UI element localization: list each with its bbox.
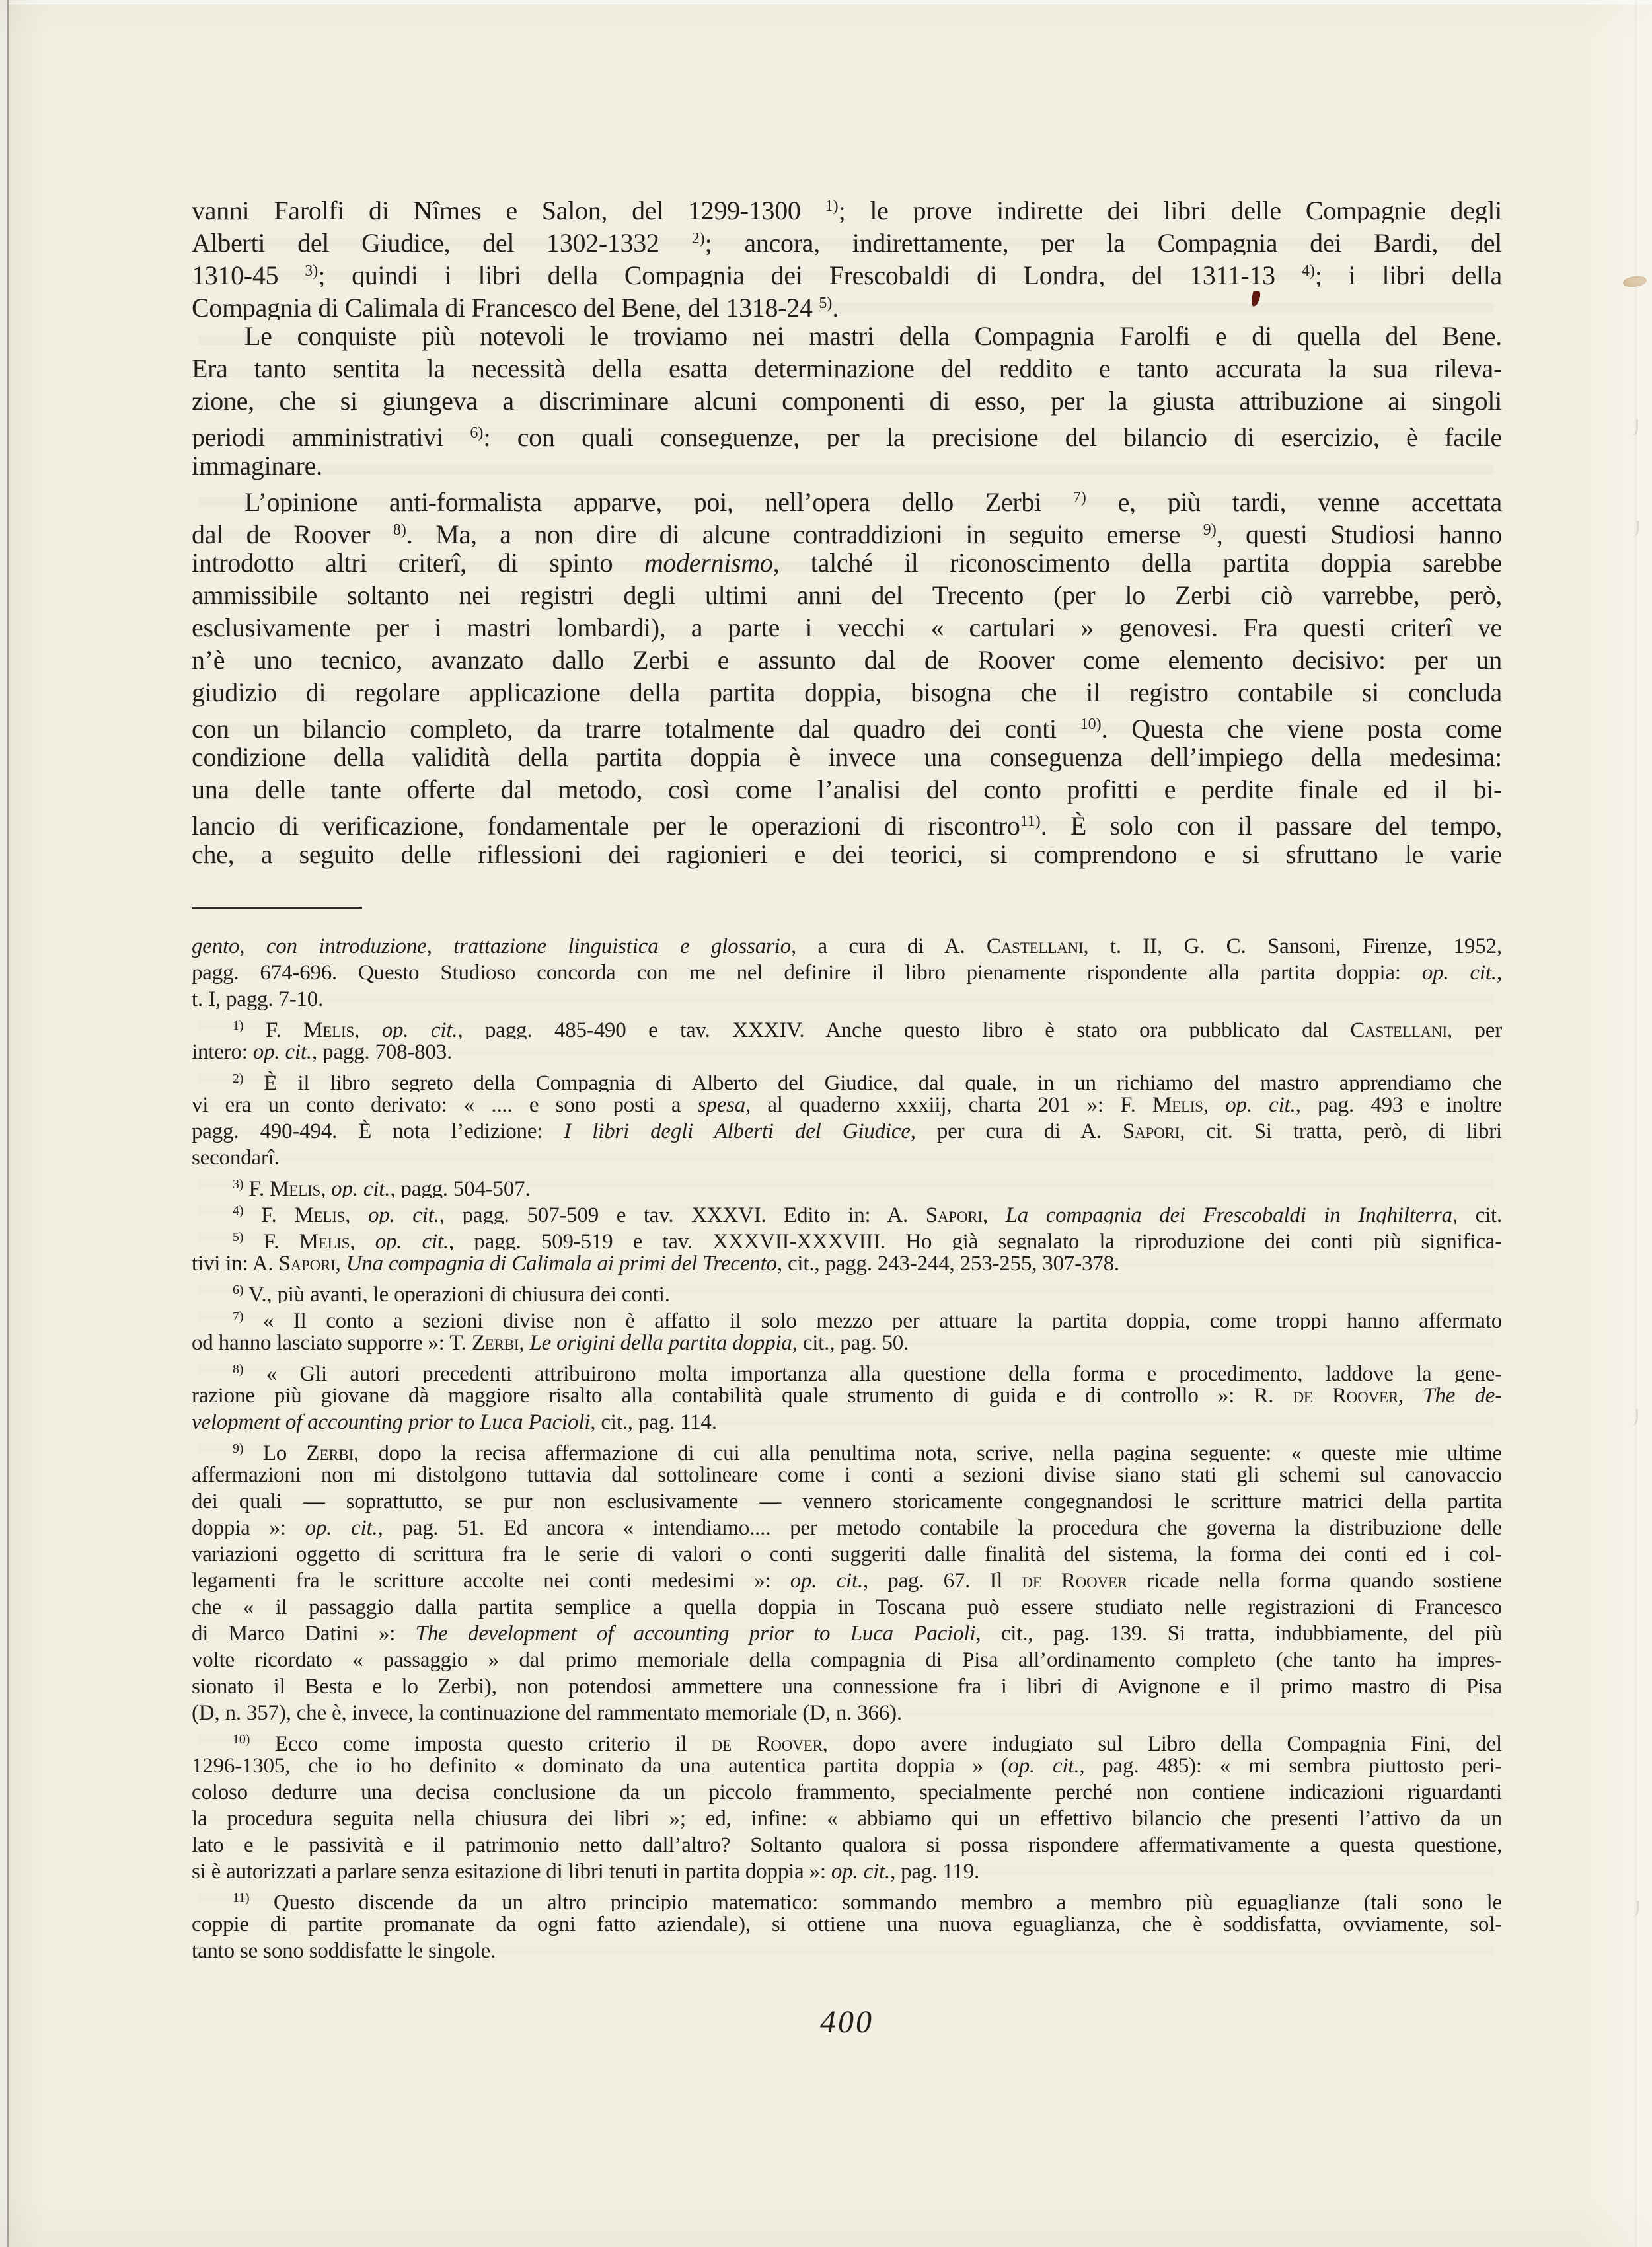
text-segment: che « il passaggio dalla partita semplic…: [192, 1595, 1502, 1619]
footnote-marker: 3): [305, 262, 318, 280]
footnote-line: volte ricordato « passaggio » dal primo …: [192, 1647, 1502, 1673]
body-text-line: vanni Farolfi di Nîmes e Salon, del 1299…: [192, 190, 1502, 223]
body-text-line: introdotto altri criterî, di spinto mode…: [192, 547, 1502, 579]
footnote-line: 3) F. Melis, op. cit., pagg. 504-507.: [192, 1171, 1502, 1198]
text-segment: , questi Studiosi hanno: [1217, 519, 1502, 547]
footnote-line: pagg. 674-696. Questo Studioso concorda …: [192, 960, 1502, 986]
text-segment: , talché il riconoscimento della partita…: [773, 548, 1502, 578]
text-segment: I libri degli Alberti del Giudice: [564, 1120, 910, 1143]
text-segment: , pagg. 485-490 e tav. XXXIV. Anche ques…: [457, 1018, 1350, 1039]
text-segment: « Il conto a sezioni divise non è affatt…: [243, 1309, 1502, 1330]
text-segment: modernismo: [644, 548, 773, 578]
footnote-marker: 8): [393, 521, 406, 539]
text-segment: (D, n. 357), che è, invece, la continuaz…: [192, 1701, 902, 1725]
text-segment: 1296-1305, che io ho definito « dominato…: [192, 1754, 1008, 1778]
text-segment: . È solo con il passare del tempo,: [1041, 811, 1502, 838]
text-segment: de Roover: [1293, 1384, 1398, 1408]
footnote-line: (D, n. 357), che è, invece, la continuaz…: [192, 1700, 1502, 1726]
text-segment: Sapori: [278, 1252, 335, 1276]
footnote-line: dei quali — soprattutto, se pur non escl…: [192, 1488, 1502, 1515]
footnote-line: 11) Questo discende da un altro principi…: [192, 1885, 1502, 1911]
footnote-line: 9) Lo Zerbi, dopo la recisa affermazione…: [192, 1435, 1502, 1462]
footnote-line: lato e le passività e il patrimonio nett…: [192, 1832, 1502, 1858]
body-text-line: una delle tante offerte dal metodo, così…: [192, 773, 1502, 806]
footnote-marker: 4): [233, 1203, 243, 1218]
footnote-marker: 1): [233, 1018, 243, 1033]
footnote-line: pagg. 490-494. È nota l’edizione: I libr…: [192, 1118, 1502, 1145]
text-segment: Castellani: [1350, 1018, 1447, 1039]
text-segment: F.: [243, 1203, 294, 1224]
text-segment: zione, che si giungeva a discriminare al…: [192, 386, 1502, 416]
text-segment: V., più avanti, le operazioni di chiusur…: [243, 1283, 669, 1303]
body-text-line: condizione della validità della partita …: [192, 741, 1502, 773]
text-segment: ,: [350, 1230, 375, 1250]
text-segment: pagg. 490-494. È nota l’edizione:: [192, 1120, 564, 1143]
text-segment: una delle tante offerte dal metodo, così…: [192, 775, 1502, 804]
body-text-line: giudizio di regolare applicazione della …: [192, 676, 1502, 708]
text-segment: op. cit.: [1225, 1093, 1295, 1117]
footnote-marker: 6): [470, 424, 483, 441]
text-segment: F.: [243, 1230, 299, 1250]
footnote-marker: 4): [1302, 262, 1315, 280]
text-segment: doppia »:: [192, 1516, 305, 1540]
text-segment: de Roover: [712, 1732, 823, 1753]
text-segment: op. cit.: [1008, 1754, 1079, 1778]
text-segment: È il libro segreto della Compagnia di Al…: [243, 1071, 1502, 1092]
text-segment: lato e le passività e il patrimonio nett…: [192, 1833, 1502, 1857]
text-segment: vanni Farolfi di Nîmes e Salon, del 1299…: [192, 196, 825, 223]
text-segment: Sapori: [1123, 1120, 1180, 1143]
body-text-line: L’opinione anti-formalista apparve, poi,…: [192, 482, 1502, 514]
text-segment: di Marco Datini »:: [192, 1622, 416, 1646]
footnote-line: 1296-1305, che io ho definito « dominato…: [192, 1753, 1502, 1779]
text-segment: periodi amministrativi: [192, 422, 470, 449]
text-segment: La compagnia dei Frescobaldi in Inghilte…: [1006, 1203, 1452, 1224]
text-segment: ammissibile soltanto nei registri degli …: [192, 580, 1502, 610]
binding-stitch-spot: [1622, 275, 1647, 289]
text-segment: dei quali — soprattutto, se pur non escl…: [192, 1490, 1502, 1513]
footnote-line: od hanno lasciato supporre »: T. Zerbi, …: [192, 1330, 1502, 1356]
text-segment: che, a seguito delle riflessioni dei rag…: [192, 839, 1502, 869]
text-segment: gento, con introduzione, trattazione lin…: [192, 934, 791, 958]
text-segment: ; i libri della: [1315, 260, 1502, 287]
footnote-marker: 3): [233, 1177, 243, 1192]
text-segment: . Ma, a non dire di alcune contraddizion…: [406, 519, 1203, 547]
footnote-line: la procedura seguita nella chiusura dei …: [192, 1806, 1502, 1832]
footnote-line: si è autorizzati a parlare senza esitazi…: [192, 1858, 1502, 1885]
text-segment: affermazioni non mi distolgono tuttavia …: [192, 1463, 1502, 1487]
footnote-line: 6) V., più avanti, le operazioni di chiu…: [192, 1277, 1502, 1303]
text-segment: Castellani: [987, 934, 1084, 958]
text-segment: , per cura di A.: [911, 1120, 1123, 1143]
text-segment: op. cit.: [790, 1569, 863, 1593]
text-segment: legamenti fra le scritture accolte nei c…: [192, 1569, 790, 1593]
text-segment: variazioni oggetto di scrittura fra le s…: [192, 1542, 1502, 1566]
text-segment: giudizio di regolare applicazione della …: [192, 677, 1502, 707]
text-segment: ,: [1203, 1093, 1225, 1117]
footnote-line: affermazioni non mi distolgono tuttavia …: [192, 1462, 1502, 1488]
text-segment: vi era un conto derivato: « .... e sono …: [192, 1093, 698, 1117]
text-segment: 1310-45: [192, 260, 305, 287]
footnote-separator-rule: [192, 907, 362, 909]
text-segment: , pag. 67. Il: [863, 1569, 1022, 1593]
text-segment: sionato il Besta e lo Zerbi), non potend…: [192, 1675, 1502, 1698]
text-segment: , pag. 493 e inoltre: [1296, 1093, 1502, 1117]
text-segment: ,: [519, 1331, 529, 1355]
text-segment: , pag. 485): « mi sembra piuttosto peri-: [1079, 1754, 1502, 1778]
footnote-marker: 2): [692, 230, 705, 247]
body-text-line: dal de Roover 8). Ma, a non dire di alcu…: [192, 514, 1502, 547]
text-segment: op. cit.: [375, 1230, 449, 1250]
text-segment: op. cit.: [253, 1040, 312, 1064]
text-segment: The de-: [1423, 1384, 1502, 1408]
text-segment: Compagnia di Calimala di Francesco del B…: [192, 293, 819, 320]
text-segment: op. cit.: [831, 1860, 890, 1884]
text-segment: ,: [983, 1203, 1006, 1224]
text-segment: lancio di verificazione, fondamentale pe…: [192, 811, 1020, 838]
text-segment: Questo discende da un altro principio ma…: [250, 1891, 1502, 1911]
body-text-line: lancio di verificazione, fondamentale pe…: [192, 806, 1502, 838]
footnote-line: di Marco Datini »: The development of ac…: [192, 1620, 1502, 1647]
body-text-line: ammissibile soltanto nei registri degli …: [192, 579, 1502, 611]
text-segment: , pagg. 507-509 e tav. XXXVI. Edito in: …: [439, 1203, 926, 1224]
text-segment: , t. II, G. C. Sansoni, Firenze, 1952,: [1083, 934, 1502, 958]
body-text-line: Compagnia di Calimala di Francesco del B…: [192, 287, 1502, 320]
text-segment: , pagg. 708-803.: [312, 1040, 452, 1064]
text-segment: . Questa che viene posta come: [1102, 714, 1502, 741]
text-segment: , cit.: [1452, 1203, 1502, 1224]
footnote-line: legamenti fra le scritture accolte nei c…: [192, 1568, 1502, 1594]
text-segment: ,: [1497, 961, 1502, 985]
text-segment: , a cura di A.: [791, 934, 987, 958]
text-segment: velopment of accounting prior to Luca Pa…: [192, 1410, 590, 1434]
footnote-marker: 5): [233, 1230, 243, 1244]
text-segment: od hanno lasciato supporre »: T.: [192, 1331, 472, 1355]
text-segment: ,: [354, 1018, 382, 1039]
text-segment: , cit., pag. 50.: [792, 1331, 909, 1355]
footnote-line: 8) « Gli autori precedenti attribuirono …: [192, 1356, 1502, 1383]
footnote-marker: 5): [819, 295, 832, 312]
body-text-line: esclusivamente per i mastri lombardi), a…: [192, 611, 1502, 644]
footnote-line: variazioni oggetto di scrittura fra le s…: [192, 1541, 1502, 1568]
main-text-block: vanni Farolfi di Nîmes e Salon, del 1299…: [192, 190, 1502, 870]
text-segment: op. cit.: [382, 1018, 458, 1039]
footnote-line: sionato il Besta e lo Zerbi), non potend…: [192, 1673, 1502, 1700]
text-segment: ; le prove indirette dei libri delle Com…: [839, 196, 1502, 223]
scan-left-edge: [0, 0, 9, 2247]
footnote-line: coloso dedurre una decisa conclusione da…: [192, 1779, 1502, 1806]
text-segment: , pagg. 504-507.: [390, 1177, 530, 1198]
text-segment: ,: [320, 1177, 331, 1198]
text-segment: Zerbi: [306, 1441, 354, 1462]
text-segment: immaginare.: [192, 451, 322, 480]
text-segment: Melis: [1152, 1093, 1203, 1117]
body-text-line: Alberti del Giudice, del 1302-1332 2); a…: [192, 223, 1502, 255]
text-segment: ricade nella forma quando sostiene: [1127, 1569, 1502, 1593]
footnote-marker: 1): [825, 198, 839, 215]
footnote-line: tanto se sono soddisfatte le singole.: [192, 1938, 1502, 1964]
footnote-marker: 10): [1080, 716, 1102, 733]
footnote-line: che « il passaggio dalla partita semplic…: [192, 1594, 1502, 1620]
text-segment: secondarî.: [192, 1146, 280, 1170]
text-segment: esclusivamente per i mastri lombardi), a…: [192, 613, 1502, 642]
text-segment: Melis: [270, 1177, 320, 1198]
text-segment: Melis: [294, 1203, 345, 1224]
text-segment: , cit., pagg. 243-244, 253-255, 307-378.: [777, 1252, 1119, 1276]
text-segment: n’è uno tecnico, avanzato dallo Zerbi e …: [192, 645, 1502, 675]
body-text-line: periodi amministrativi 6): con quali con…: [192, 417, 1502, 449]
footnote-line: gento, con introduzione, trattazione lin…: [192, 933, 1502, 960]
text-segment: pagg. 674-696. Questo Studioso concorda …: [192, 961, 1422, 985]
text-segment: Melis: [303, 1018, 354, 1039]
footnote-line: 5) F. Melis, op. cit., pagg. 509-519 e t…: [192, 1224, 1502, 1250]
body-text-line: che, a seguito delle riflessioni dei rag…: [192, 838, 1502, 870]
footnote-line: 2) È il libro segreto della Compagnia di…: [192, 1065, 1502, 1092]
text-segment: Le conquiste più notevoli le troviamo ne…: [244, 321, 1502, 351]
text-segment: condizione della validità della partita …: [192, 742, 1502, 772]
text-segment: F.: [243, 1018, 303, 1039]
footnote-line: doppia »: op. cit., pag. 51. Ed ancora «…: [192, 1515, 1502, 1541]
text-segment: Ecco come imposta questo criterio il: [250, 1732, 711, 1753]
footnote-marker: 9): [1203, 521, 1217, 539]
footnote-marker: 10): [233, 1732, 250, 1747]
text-segment: Sapori: [926, 1203, 983, 1224]
text-segment: si è autorizzati a parlare senza esitazi…: [192, 1860, 831, 1884]
text-segment: op. cit.: [331, 1177, 390, 1198]
text-segment: Lo: [243, 1441, 306, 1462]
footnote-line: intero: op. cit., pagg. 708-803.: [192, 1039, 1502, 1065]
text-segment: L’opinione anti-formalista apparve, poi,…: [244, 487, 1073, 514]
footnote-marker: 11): [233, 1891, 250, 1905]
body-text-line: Era tanto sentita la necessità della esa…: [192, 352, 1502, 385]
text-segment: op. cit.: [305, 1516, 378, 1540]
footnote-line: coppie di partite promanate da ogni fatt…: [192, 1911, 1502, 1938]
text-segment: , pag. 119.: [890, 1860, 979, 1884]
text-segment: The development of accounting prior to L…: [416, 1622, 976, 1646]
text-segment: de Roover: [1022, 1569, 1127, 1593]
footnote-line: velopment of accounting prior to Luca Pa…: [192, 1409, 1502, 1435]
body-text-line: 1310-45 3); quindi i libri della Compagn…: [192, 255, 1502, 287]
text-segment: tanto se sono soddisfatte le singole.: [192, 1939, 496, 1963]
text-segment: coppie di partite promanate da ogni fatt…: [192, 1913, 1502, 1936]
footnote-line: vi era un conto derivato: « .... e sono …: [192, 1092, 1502, 1118]
body-text-line: n’è uno tecnico, avanzato dallo Zerbi e …: [192, 644, 1502, 676]
text-segment: op. cit.: [368, 1203, 439, 1224]
text-segment: t. I, pagg. 7-10.: [192, 987, 323, 1011]
text-segment: tivi in: A.: [192, 1252, 278, 1276]
text-segment: e, più tardi, venne accettata: [1086, 487, 1502, 514]
scanned-book-page: vanni Farolfi di Nîmes e Salon, del 1299…: [0, 0, 1652, 2247]
footnote-line: secondarî.: [192, 1145, 1502, 1171]
text-segment: .: [832, 293, 839, 320]
text-segment: con un bilancio completo, da trarre tota…: [192, 714, 1080, 741]
text-segment: dal de Roover: [192, 519, 393, 547]
text-segment: Le origini della partita doppia: [530, 1331, 792, 1355]
text-segment: Melis: [299, 1230, 350, 1250]
footnote-marker: 9): [233, 1441, 243, 1456]
text-segment: razione più giovane dà maggiore risalto …: [192, 1384, 1293, 1408]
text-segment: : con quali conseguenze, per la precisio…: [483, 422, 1502, 449]
text-segment: ,: [345, 1203, 368, 1224]
body-text-line: Le conquiste più notevoli le troviamo ne…: [192, 320, 1502, 352]
text-segment: Era tanto sentita la necessità della esa…: [192, 354, 1502, 383]
footnote-line: t. I, pagg. 7-10.: [192, 986, 1502, 1012]
text-segment: , pagg. 509-519 e tav. XXXVII-XXXVIII. H…: [449, 1230, 1502, 1250]
text-segment: , per: [1447, 1018, 1502, 1039]
text-segment: , dopo la recisa affermazione di cui all…: [354, 1441, 1502, 1462]
text-segment: , cit. Si tratta, però, di libri: [1180, 1120, 1502, 1143]
footnote-line: 4) F. Melis, op. cit., pagg. 507-509 e t…: [192, 1198, 1502, 1224]
text-segment: ,: [1398, 1384, 1423, 1408]
footnote-marker: 7): [1073, 489, 1086, 506]
body-text-line: con un bilancio completo, da trarre tota…: [192, 708, 1502, 741]
body-text-line: zione, che si giungeva a discriminare al…: [192, 385, 1502, 417]
text-segment: volte ricordato « passaggio » dal primo …: [192, 1648, 1502, 1672]
text-segment: , cit., pag. 114.: [590, 1410, 717, 1434]
text-segment: spesa: [698, 1093, 745, 1117]
text-segment: , dopo avere indugiato sul Libro della C…: [823, 1732, 1502, 1753]
text-segment: la procedura seguita nella chiusura dei …: [192, 1807, 1502, 1831]
text-segment: ,: [336, 1252, 346, 1276]
text-segment: ; ancora, indirettamente, per la Compagn…: [705, 228, 1502, 255]
text-segment: op. cit.: [1422, 961, 1497, 985]
footnote-marker: 8): [233, 1362, 243, 1377]
footnote-line: razione più giovane dà maggiore risalto …: [192, 1383, 1502, 1409]
text-segment: coloso dedurre una decisa conclusione da…: [192, 1780, 1502, 1804]
text-segment: Zerbi: [472, 1331, 519, 1355]
footnote-line: 10) Ecco come imposta questo criterio il…: [192, 1726, 1502, 1753]
footnote-line: 7) « Il conto a sezioni divise non è aff…: [192, 1303, 1502, 1330]
text-segment: , cit., pag. 139. Si tratta, indubbiamen…: [975, 1622, 1502, 1646]
text-segment: « Gli autori precedenti attribuirono mol…: [243, 1362, 1502, 1383]
footnote-marker: 11): [1020, 813, 1041, 830]
footnote-marker: 6): [233, 1283, 243, 1297]
text-segment: , pag. 51. Ed ancora « intendiamo.... pe…: [378, 1516, 1503, 1540]
footnotes-block: gento, con introduzione, trattazione lin…: [192, 933, 1502, 1964]
text-segment: Alberti del Giudice, del 1302-1332: [192, 228, 692, 255]
footnote-line: 1) F. Melis, op. cit., pagg. 485-490 e t…: [192, 1012, 1502, 1039]
footnote-line: tivi in: A. Sapori, Una compagnia di Cal…: [192, 1250, 1502, 1277]
footnote-marker: 2): [233, 1071, 243, 1086]
body-text-line: immaginare.: [192, 449, 1502, 482]
text-segment: intero:: [192, 1040, 253, 1064]
footnote-marker: 7): [233, 1309, 243, 1324]
scan-top-edge: [0, 0, 1652, 5]
text-segment: Una compagnia di Calimala ai primi del T…: [346, 1252, 777, 1276]
page-number: 400: [192, 2004, 1502, 2040]
text-segment: , al quaderno xxxiij, charta 201 »: F.: [745, 1093, 1152, 1117]
text-segment: ; quindi i libri della Compagnia dei Fre…: [318, 260, 1302, 287]
text-segment: introdotto altri criterî, di spinto: [192, 548, 644, 578]
text-segment: F.: [243, 1177, 270, 1198]
